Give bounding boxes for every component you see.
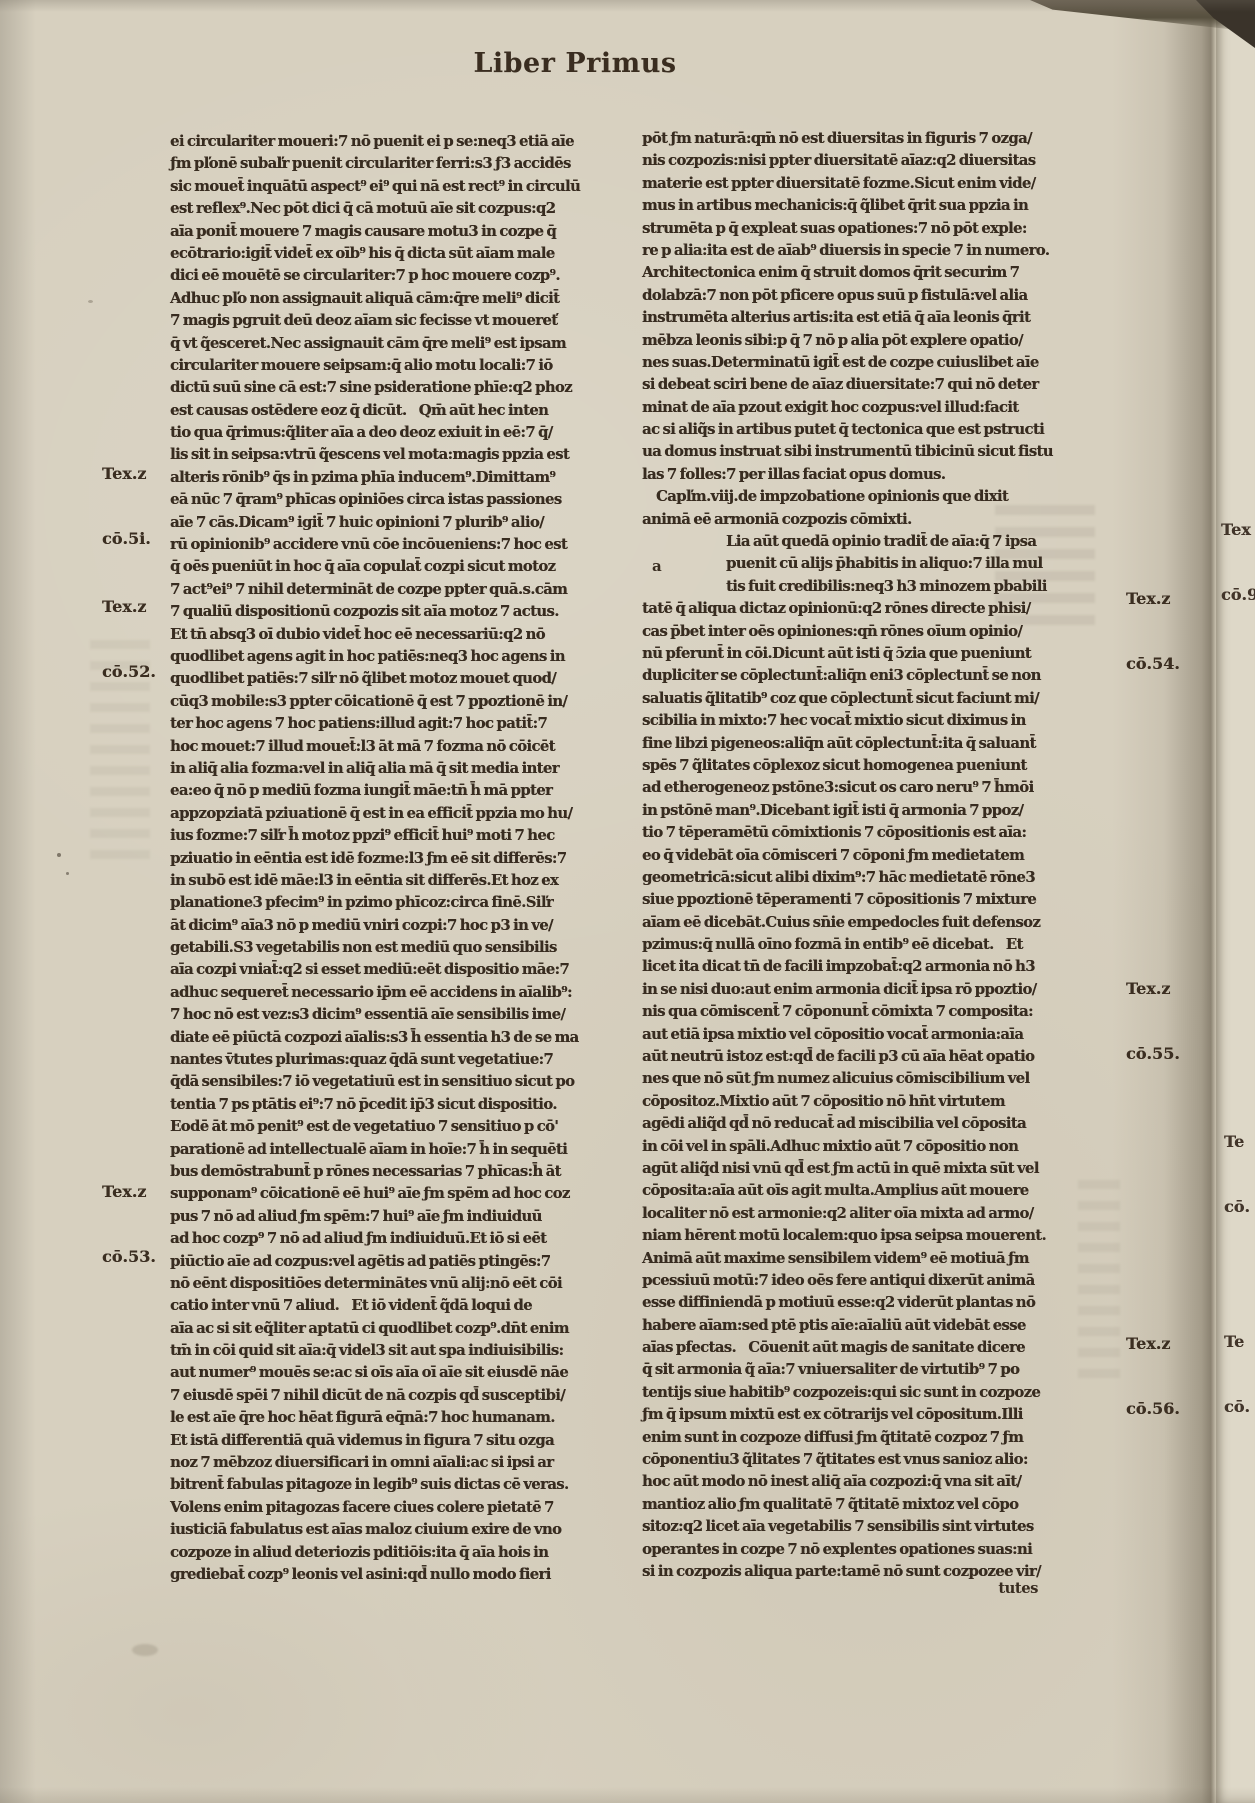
margin-note-line: cō.52. — [102, 661, 174, 683]
text-line: agēdi aliq̃d qd̄ nō reducat̄ ad miscibil… — [642, 1113, 1072, 1135]
next-page-margin-note: Te cō. — [1224, 1088, 1255, 1239]
text-line: habere aīam:sed ptē ptis aīe:aīaliū aūt … — [642, 1315, 1072, 1337]
margin-note-tex-co-52: Tex.z cō.52. — [102, 553, 174, 704]
margin-note-line: Te — [1224, 1331, 1255, 1353]
text-line: iusticiā fabulatus est aīas maloz ciuium… — [170, 1519, 600, 1541]
text-line: aīa ponit̄ mouere 7 magis causare motu3 … — [170, 221, 600, 243]
margin-note-tex-co-55: Tex.z cō.55. — [1126, 935, 1198, 1086]
text-line: Et istā differentiā quā videmus in figur… — [170, 1430, 600, 1452]
text-line: las 7 folles:7 per illas faciat opus dom… — [642, 464, 1072, 486]
text-line: quodlibet patiēs:7 siľr nō q̃libet motoz… — [170, 668, 600, 690]
ink-speck — [88, 300, 93, 303]
text-line: tm̄ in cōi quid sit aīa:q̄ videl3 sit au… — [170, 1340, 600, 1362]
text-line: saluatis q̃litatib⁹ coz que cōplectunt̄ … — [642, 688, 1072, 710]
text-line: minat de aīa pzout exigit hoc cozpus:vel… — [642, 397, 1072, 419]
text-line: Animā aūt maxime sensibilem videm⁹ eē mo… — [642, 1248, 1072, 1270]
text-line: circulariter mouere seipsam:q̄ alio motu… — [170, 355, 600, 377]
book-page: { "header": { "title": "Liber Primus" },… — [0, 0, 1255, 1803]
text-line: cas p̄bet inter oēs opiniones:qn̄ rōnes … — [642, 621, 1072, 643]
text-line: q̄ sit armonia q̃ aīa:7 vniuersaliter de… — [642, 1359, 1072, 1381]
text-line: 7 magis pgruit deū deoz aīam sic fecisse… — [170, 310, 600, 332]
text-line: niam hērent motū localem:quo ipsa seipsa… — [642, 1225, 1072, 1247]
text-line: aūt neutrū istoz est:qd̄ de facili p3 cū… — [642, 1046, 1072, 1068]
text-line: appzopziatā pziuationē q̄ est in ea effi… — [170, 803, 600, 825]
text-line: aut numer⁹ mouēs se:ac si oīs aīa oī aīe… — [170, 1362, 600, 1384]
text-line: noz 7 mēbzoz diuersificari in omni aīali… — [170, 1452, 600, 1474]
text-line: diate eē piūctā cozpozi aīalis:s3 h̄ ess… — [170, 1027, 600, 1049]
margin-note-tex-co-51: Tex.z cō.5i. — [102, 420, 174, 571]
text-line: cōposita:aīa aūt oīs agit multa.Amplius … — [642, 1180, 1072, 1202]
text-line: piūctio aīe ad cozpus:vel agētis ad pati… — [170, 1251, 600, 1273]
text-line: Capľm.viij.de impzobatione opinionis que… — [642, 486, 1072, 508]
text-line: nis cozpozis:nisi ppter diuersitatē aīaz… — [642, 150, 1072, 172]
margin-note-tex-co-54: Tex.z cō.54. — [1126, 545, 1198, 696]
text-line: nantes v̄tutes plurimas:quaz q̄dā sunt v… — [170, 1049, 600, 1071]
text-line: geometricā:sicut alibi dixim⁹:7 hāc medi… — [642, 867, 1072, 889]
text-line: scibilia in mixto:7 hec vocat̄ mixtio si… — [642, 710, 1072, 732]
margin-note-line: Tex.z — [1126, 1333, 1198, 1355]
margin-note-line: cō.56. — [1126, 1398, 1198, 1420]
text-line: aīas pfectas. Cōuenit aūt magis de sanit… — [642, 1337, 1072, 1359]
text-line: instrumēta alterius artis:ita est etiā q… — [642, 307, 1072, 329]
text-line: dictū suū sine cā est:7 sine psideration… — [170, 377, 600, 399]
text-line: hoc mouet:7 illud mouet̄:l3 āt mā 7 fozm… — [170, 736, 600, 758]
page-top-edge-shadow — [0, 0, 1255, 12]
text-line: getabili.S3 vegetabilis non est mediū qu… — [170, 937, 600, 959]
running-title: Liber Primus — [100, 48, 1050, 88]
text-line: ad hoc cozp⁹ 7 nō ad aliud ƒm indiuiduū.… — [170, 1228, 600, 1250]
text-line: cōponentiu3 q̃litates 7 q̃titates est vn… — [642, 1449, 1072, 1471]
page-bottom-edge-shadow — [0, 1787, 1255, 1803]
text-line: grediebat̄ cozp⁹ leonis vel asini:qd̄ nu… — [170, 1564, 600, 1586]
margin-note-line: cō. — [1224, 1396, 1255, 1418]
text-line: tis fuit credibilis:neq3 h3 minozem pbab… — [642, 576, 1072, 598]
text-line: dolabzā:7 non pōt pficere opus suū p fis… — [642, 285, 1072, 307]
text-line: mēbza leonis sibi:p q̄ 7 nō p alia pōt e… — [642, 330, 1072, 352]
text-line: eo q̄ videbāt oīa cōmisceri 7 cōponi ƒm … — [642, 845, 1072, 867]
left-text-column: ei circulariter moueri:7 nō puenit ei p … — [170, 131, 600, 1586]
text-line: pzimus:q̄ nullā oīno fozmā in entib⁹ eē … — [642, 934, 1072, 956]
margin-note-line: cō.55. — [1126, 1043, 1198, 1065]
text-line: ƒm pľonē subaľr puenit circulariter ferr… — [170, 153, 600, 175]
text-line: Architectonica enim q̄ struit domos q̄ri… — [642, 262, 1072, 284]
margin-note-line: Tex.z — [102, 1181, 174, 1203]
text-line: cōpositoz.Mixtio aūt 7 cōpositio nō hn̄t… — [642, 1091, 1072, 1113]
gutter-fold-shadow — [1112, 0, 1216, 1803]
text-line: aīa ac si sit eq̃liter aptatū ci quodlib… — [170, 1318, 600, 1340]
text-line: tio 7 tēperamētū cōmixtionis 7 cōpositio… — [642, 822, 1072, 844]
text-line: bitrent̄ fabulas pitagoze in legib⁹ suis… — [170, 1474, 600, 1496]
text-line: pcessiuū motū:7 ideo oēs fere antiqui di… — [642, 1270, 1072, 1292]
next-page-edge — [1216, 0, 1255, 1803]
text-line: si debeat sciri bene de aīaz diuersitate… — [642, 374, 1072, 396]
text-line: cozpoze in aliud deteriozis pditiōis:ita… — [170, 1542, 600, 1564]
text-line: enim sunt in cozpoze diffusi ƒm q̃titatē… — [642, 1427, 1072, 1449]
text-line: Volens enim pitagozas facere ciues coler… — [170, 1497, 600, 1519]
text-line: ter hoc agens 7 hoc patiens:illud agit:7… — [170, 713, 600, 735]
text-line: in cōi vel in spāli.Adhuc mixtio aūt 7 c… — [642, 1136, 1072, 1158]
text-line: spēs 7 q̃litates cōplexoz sicut homogene… — [642, 755, 1072, 777]
text-line: esse diffiniendā p motiuū esse:q2 viderū… — [642, 1292, 1072, 1314]
text-line: 7 qualiū dispositionū cozpozis sit aīa m… — [170, 601, 600, 623]
background-top-right-corner — [1196, 0, 1255, 48]
text-line: tatē q̄ aliqua dictaz opinionū:q2 rōnes … — [642, 598, 1072, 620]
text-line: ac si aliq̃s in artibus putet q̄ tectoni… — [642, 419, 1072, 441]
text-line: animā eē armoniā cozpozis cōmixti. — [642, 509, 1072, 531]
margin-note-line: cō.5i. — [102, 528, 174, 550]
text-line: dici eē mouētē se circulariter:7 p hoc m… — [170, 265, 600, 287]
text-line: aīe 7 cās.Dicam⁹ igit̄ 7 huic opinioni 7… — [170, 512, 600, 534]
right-text-column: pōt ƒm naturā:qm̄ nō est diuersitas in f… — [642, 128, 1072, 1583]
text-line: Eodē āt mō penit⁹ est de vegetatiuo 7 se… — [170, 1116, 600, 1138]
text-line: ei circulariter moueri:7 nō puenit ei p … — [170, 131, 600, 153]
text-line: planatione3 pfecim⁹ in pzimo phīcoz:circ… — [170, 892, 600, 914]
text-line: dupliciter se cōplectunt̄:aliq̄n eni3 cō… — [642, 665, 1072, 687]
margin-note-line: Tex.z — [102, 463, 174, 485]
margin-note-tex-co-56: Tex.z cō.56. — [1126, 1290, 1198, 1441]
text-line: mantioz alio ƒm qualitatē 7 q̃titatē mix… — [642, 1494, 1072, 1516]
text-line: strumēta p q̄ expleat suas opationes:7 n… — [642, 218, 1072, 240]
text-line: sitoz:q2 licet aīa vegetabilis 7 sensibi… — [642, 1516, 1072, 1538]
text-line: Adhuc pľo non assignauit aliquā cām:q̄re… — [170, 288, 600, 310]
text-line: est reflex⁹.Nec pōt dici q̄ cā motuū aīe… — [170, 198, 600, 220]
text-line: nis qua cōmiscent̄ 7 cōponunt̄ cōmixta 7… — [642, 1001, 1072, 1023]
text-line: adhuc sequeret̄ necessario ip̄m eē accid… — [170, 982, 600, 1004]
show-through-text-ghost — [1078, 1180, 1120, 1380]
text-line: parationē ad intellectualē aīam in hoīe:… — [170, 1139, 600, 1161]
text-line: Et tn̄ absq3 oī dubio videt̄ hoc eē nece… — [170, 624, 600, 646]
text-line: nū pferunt̄ in cōi.Dicunt aūt isti q̄ ɔ̄… — [642, 643, 1072, 665]
catchword: tutes — [642, 1580, 1072, 1597]
text-line: est causas ostēdere eoz q̄ dicūt. Qm̄ aū… — [170, 400, 600, 422]
text-line: ius fozme:7 siľr h̄ motoz ppzi⁹ efficit̄… — [170, 825, 600, 847]
text-line: tentia 7 ps ptātis ei⁹:7 nō p̄cedit ip̄3… — [170, 1094, 600, 1116]
margin-note-line: Tex — [1221, 519, 1255, 541]
text-line: supponam⁹ cōicationē eē hui⁹ aīe ƒm spēm… — [170, 1183, 600, 1205]
text-line: localiter nō est armonie:q2 aliter oīa m… — [642, 1203, 1072, 1225]
text-line: licet ita dicat tn̄ de facili impzobat̄:… — [642, 956, 1072, 978]
ink-speck — [66, 872, 69, 875]
text-line: āt dicim⁹ aīa3 nō p mediū vniri cozpi:7 … — [170, 915, 600, 937]
text-line: aīam eē dicebāt.Cuius sn̄ie empedocles f… — [642, 912, 1072, 934]
text-line: bus demōstrabunt̄ p rōnes necessarias 7 … — [170, 1161, 600, 1183]
text-line: operantes in cozpe 7 nō explentes opatio… — [642, 1539, 1072, 1561]
text-line: re p alia:ita est de aīab⁹ diuersis in s… — [642, 240, 1072, 262]
background-top-dark-band — [1030, 0, 1255, 32]
text-line: in subō est idē māe:l3 in eēntia sit dif… — [170, 870, 600, 892]
margin-note-line: cō. — [1224, 1196, 1255, 1218]
ink-speck — [57, 853, 61, 857]
margin-note-line: cō.9 — [1221, 584, 1255, 606]
initial-guide-letter: a — [652, 557, 662, 575]
margin-note-tex-co-53: Tex.z cō.53. — [102, 1138, 174, 1289]
text-line: ua domus instruat sibi instrumentū tibic… — [642, 441, 1072, 463]
text-line: 7 hoc nō est vez:s3 dicim⁹ essentiā aīe … — [170, 1004, 600, 1026]
text-line: puenit cū alijs p̄habitis in aliquo:7 il… — [642, 553, 1072, 575]
paper-smudge — [132, 1644, 158, 1656]
text-line: ea:eo q̄ nō p mediū fozma iungit̄ māe:tn… — [170, 780, 600, 802]
text-line: nō eēnt dispositiōes determinātes vnū al… — [170, 1273, 600, 1295]
text-line: lis sit in seipsa:vtrū q̃escens vel mota… — [170, 444, 600, 466]
text-line: in aliq̄ alia fozma:vel in aliq̄ alia mā… — [170, 758, 600, 780]
text-line: ecōtrario:igit̄ videt̄ ex oīb⁹ his q̄ di… — [170, 243, 600, 265]
text-line: pus 7 nō ad aliud ƒm spēm:7 hui⁹ aīe ƒm … — [170, 1206, 600, 1228]
text-line: tio qua q̄rimus:q̃liter aīa a deo deoz e… — [170, 422, 600, 444]
text-line: aut etiā ipsa mixtio vel cōpositio vocat… — [642, 1024, 1072, 1046]
text-line: 7 eiusdē spēi 7 nihil dicūt de nā cozpis… — [170, 1385, 600, 1407]
margin-note-line: Te — [1224, 1131, 1255, 1153]
text-line: ad etherogeneoz pstōne3:sicut os caro ne… — [642, 777, 1072, 799]
text-line: in se nisi duo:aut enim armonia dicit̄ i… — [642, 979, 1072, 1001]
text-line: siue ppoztionē tēperamenti 7 cōpositioni… — [642, 889, 1072, 911]
text-line: q̄ vt q̃esceret.Nec assignauit cām q̄re … — [170, 333, 600, 355]
page-left-edge-shadow — [0, 0, 36, 1803]
text-line: materie est ppter diuersitatē fozme.Sicu… — [642, 173, 1072, 195]
margin-note-line: Tex.z — [1126, 978, 1198, 1000]
text-line: in pstōnē man⁹.Dicebant igit̄ isti q̄ ar… — [642, 800, 1072, 822]
next-page-margin-note: Tex cō.9 — [1221, 476, 1255, 627]
text-line: quodlibet agens agit in hoc patiēs:neq3 … — [170, 646, 600, 668]
text-line: cūq3 mobile:s3 ppter cōicationē q̄ est 7… — [170, 691, 600, 713]
margin-note-line: Tex.z — [102, 596, 174, 618]
text-line: ƒm q̄ ipsum mixtū est ex cōtrarijs vel c… — [642, 1404, 1072, 1426]
text-line: aīa cozpi vniat̄:q2 si esset mediū:eēt d… — [170, 959, 600, 981]
text-line: 7 act⁹ei⁹ 7 nihil determināt de cozpe pp… — [170, 579, 600, 601]
text-line: fine libzi pigeneos:aliq̄n aūt cōplectun… — [642, 733, 1072, 755]
text-line: nes que nō sūt ƒm numez alicuius cōmisci… — [642, 1068, 1072, 1090]
text-line: nes suas.Determinatū igit̄ est de cozpe … — [642, 352, 1072, 374]
text-line: pōt ƒm naturā:qm̄ nō est diuersitas in f… — [642, 128, 1072, 150]
text-line: alteris rōnib⁹ q̄s in pzima phīa inducem… — [170, 467, 600, 489]
text-line: q̄dā sensibiles:7 iō vegetatiuū est in s… — [170, 1071, 600, 1093]
text-line: tentijs siue habitib⁹ cozpozeis:qui sic … — [642, 1382, 1072, 1404]
margin-note-line: Tex.z — [1126, 588, 1198, 610]
text-line: hoc aūt modo nō inest aliq̄ aīa cozpozi:… — [642, 1471, 1072, 1493]
margin-note-line: cō.53. — [102, 1246, 174, 1268]
text-line: q̄ oēs pueniūt in hoc q̄ aīa copulat̄ co… — [170, 556, 600, 578]
text-line: pziuatio in eēntia est idē fozme:l3 ƒm e… — [170, 848, 600, 870]
text-line: agūt aliq̃d nisi vnū qd̄ est ƒm actū in … — [642, 1158, 1072, 1180]
text-line: sic mouet̄ inquātū aspect⁹ ei⁹ qui nā es… — [170, 176, 600, 198]
text-line: catio inter vnū 7 aliud. Et iō vident̄ q… — [170, 1295, 600, 1317]
next-page-margin-note: Te cō. — [1224, 1288, 1255, 1439]
margin-note-line: cō.54. — [1126, 653, 1198, 675]
text-line: le est aīe q̄re hoc hēat figurā eq̄nā:7 … — [170, 1407, 600, 1429]
text-line: rū opinionib⁹ accidere vnū cōe incōuenie… — [170, 534, 600, 556]
text-line: eā nūc 7 q̄ram⁹ phīcas opiniōes circa is… — [170, 489, 600, 511]
text-line: Lia aūt quedā opinio tradit̄ de aīa:q̄ 7… — [642, 531, 1072, 553]
text-line: mus in artibus mechanicis:q̄ q̃libet q̄r… — [642, 195, 1072, 217]
